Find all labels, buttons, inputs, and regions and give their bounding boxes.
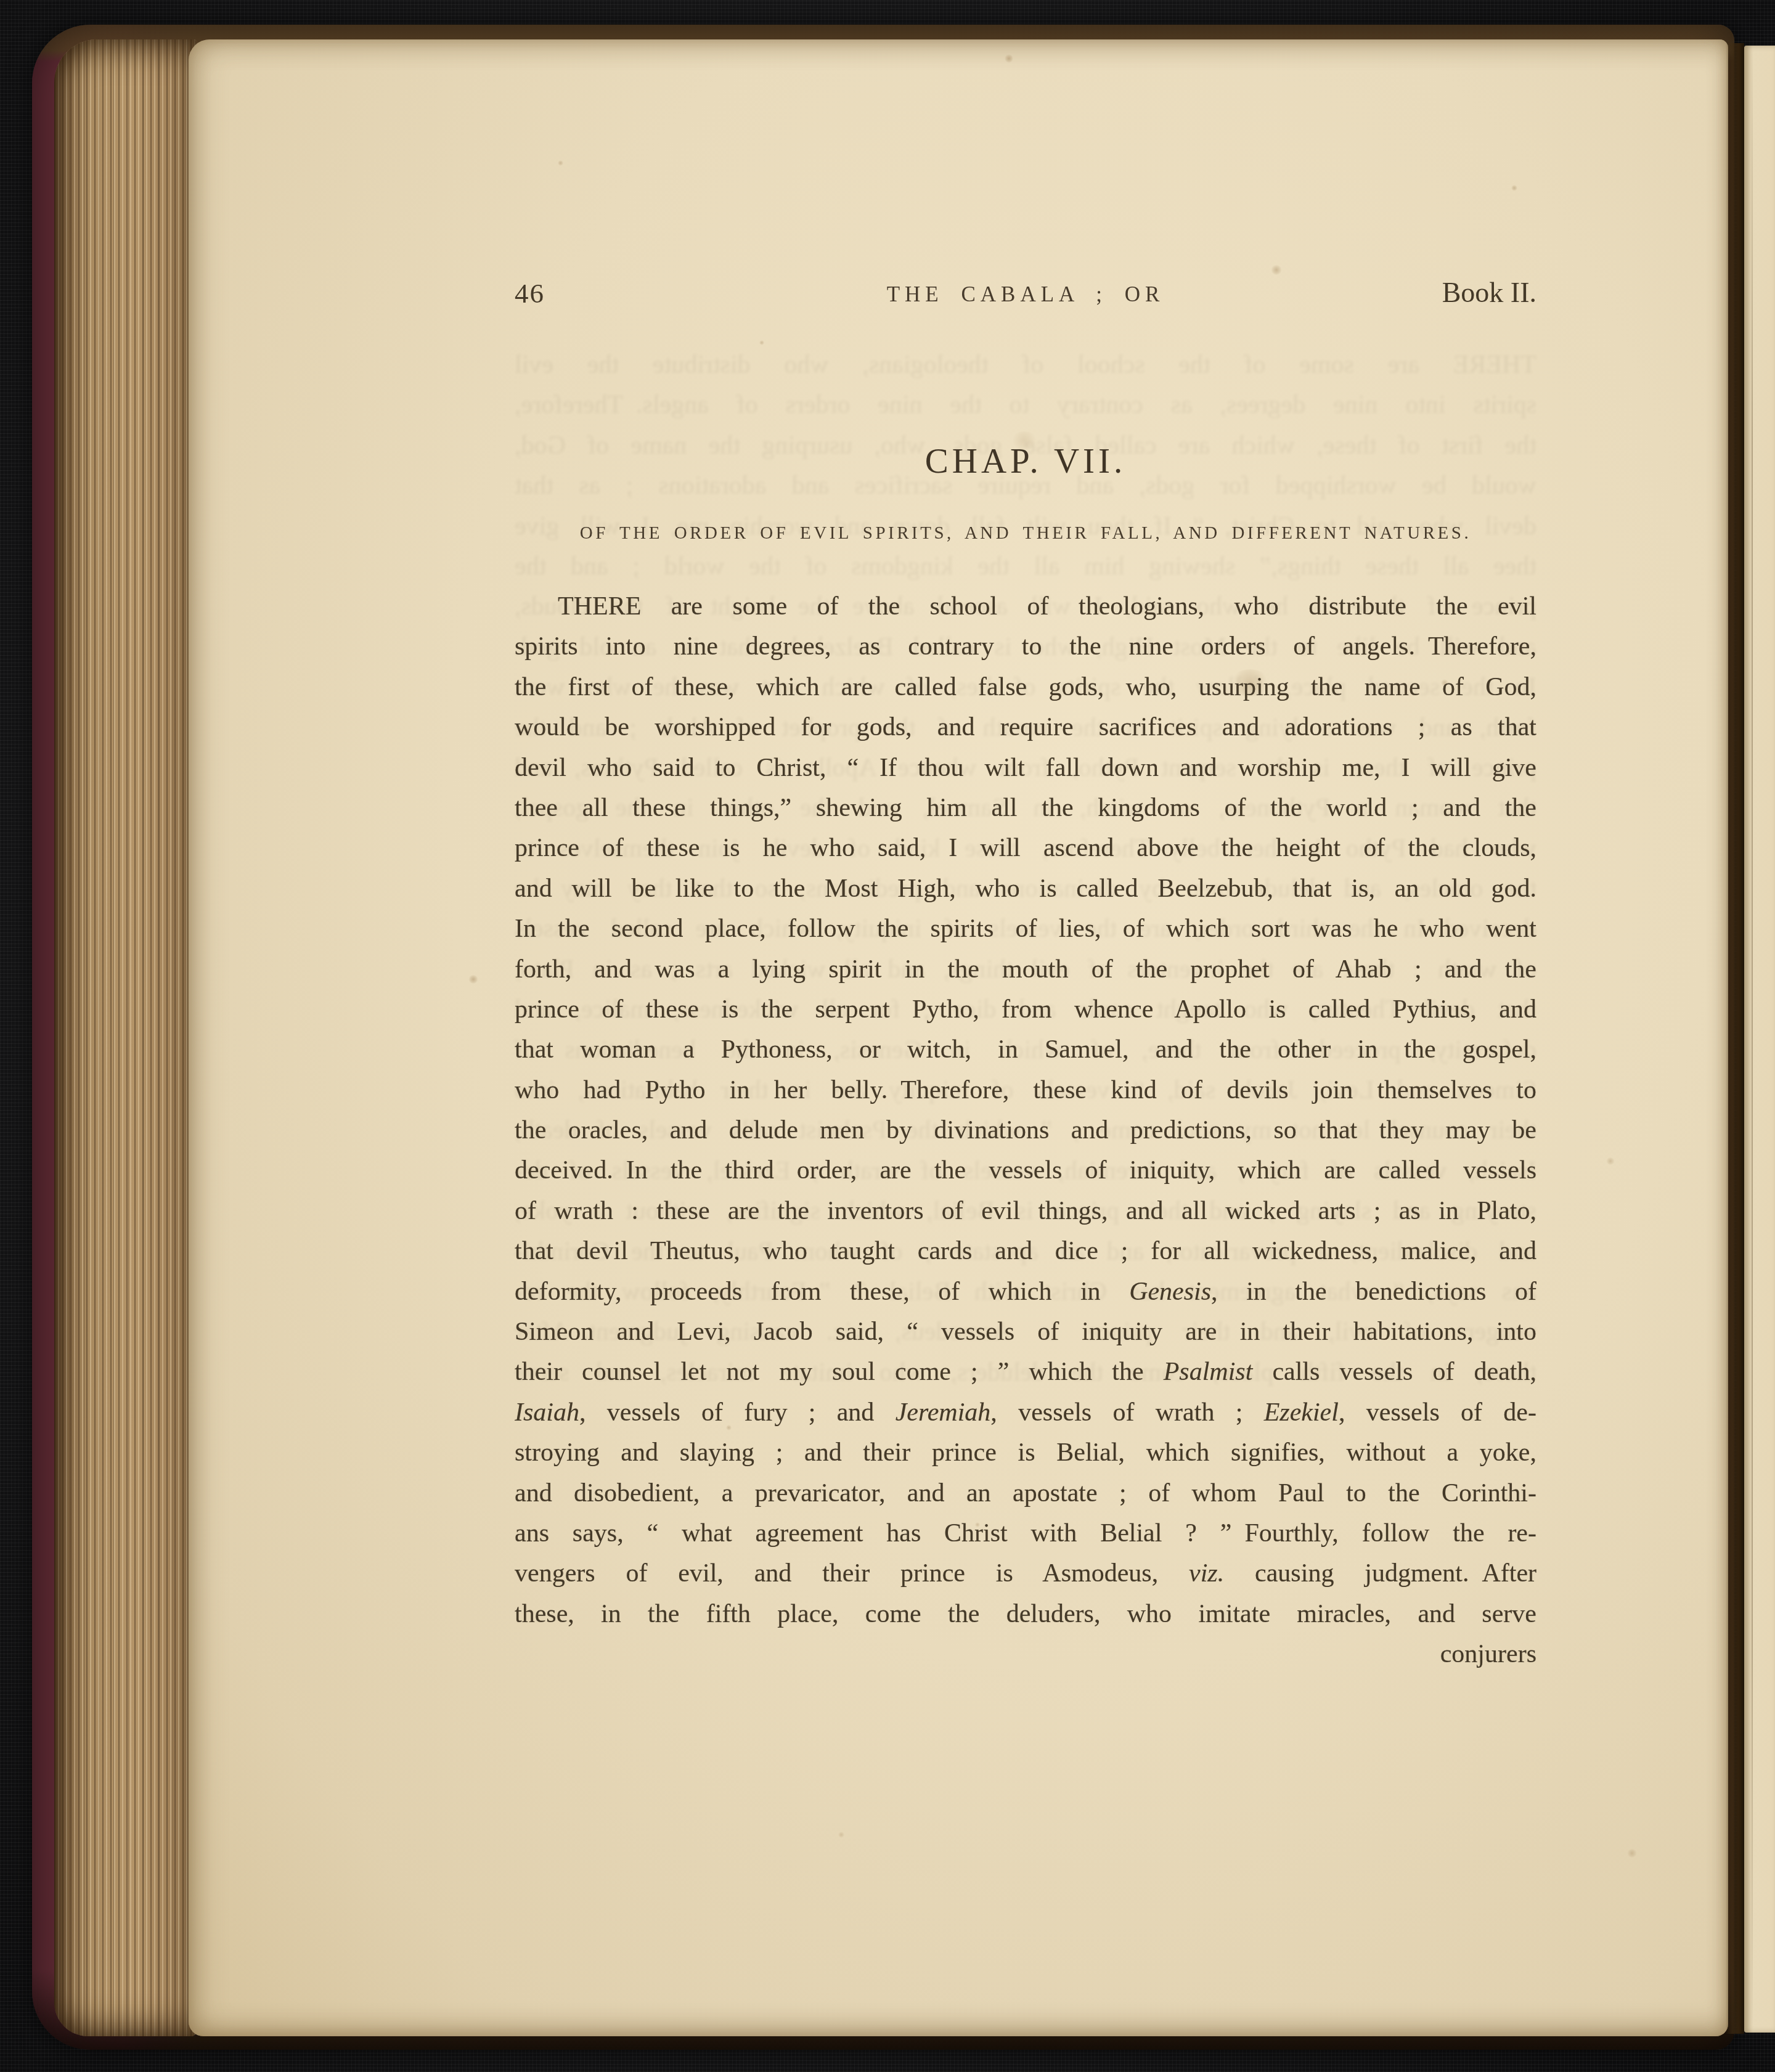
text-line: and disobedient, a prevaricator, and an … [515, 1474, 1536, 1514]
text-line: THERE are some of the school of theologi… [515, 587, 1536, 627]
text-line: ans says, “ what agreement has Christ wi… [515, 1514, 1536, 1554]
text-line: thee all these things,” shewing him all … [515, 788, 1536, 828]
page-header: 46 THE CABALA ; OR Book II. [515, 276, 1536, 312]
text-line: spirits into nine degrees, as contrary t… [515, 627, 1536, 667]
text-line: that woman a Pythoness, or witch, in Sam… [515, 1030, 1536, 1070]
text-line: Simeon and Levi, Jacob said, “ vessels o… [515, 1312, 1536, 1352]
text-line: devil who said to Christ, “ If thou wilt… [515, 748, 1536, 788]
text-line: forth, and was a lying spirit in the mou… [515, 950, 1536, 990]
text-line: vengers of evil, and their prince is Asm… [515, 1554, 1536, 1594]
text-line: and will be like to the Most High, who i… [515, 869, 1536, 909]
text-line: of wrath : these are the inventors of ev… [515, 1191, 1536, 1231]
text-line: who had Pytho in her belly. Therefore, t… [515, 1071, 1536, 1111]
text-line: the oracles, and delude men by divinatio… [515, 1111, 1536, 1151]
text-line: the first of these, which are called fal… [515, 667, 1536, 708]
text-line: Isaiah, vessels of fury ; and Jeremiah, … [515, 1393, 1536, 1433]
catchword: conjurers [515, 1634, 1536, 1674]
text-line: stroying and slaying ; and their prince … [515, 1433, 1536, 1473]
scene: THERE are some of the school of theologi… [0, 0, 1775, 2072]
text-line: their counsel let not my soul come ; ” w… [515, 1352, 1536, 1392]
running-title: THE CABALA ; OR [887, 282, 1165, 307]
page-number: 46 [515, 277, 545, 309]
text-line: these, in the fifth place, come the delu… [515, 1594, 1536, 1634]
text-line: prince of these is he who said, I will a… [515, 828, 1536, 868]
text-line: would be worshipped for gods, and requir… [515, 708, 1536, 748]
chapter-subtitle: OF THE ORDER OF EVIL SPIRITS, AND THEIR … [515, 523, 1536, 544]
text-line: deceived. In the third order, are the ve… [515, 1151, 1536, 1191]
book-photograph: { "page": { "number": "46", "running_tit… [0, 0, 1775, 2072]
text-line: prince of these is the serpent Pytho, fr… [515, 990, 1536, 1030]
book-label: Book II. [1442, 276, 1536, 309]
text-line: deformity, proceeds from these, of which… [515, 1272, 1536, 1312]
chapter-heading: CHAP. VII. [515, 441, 1536, 481]
body-text: THERE are some of the school of theologi… [515, 587, 1536, 1634]
text-line: that devil Theutus, who taught cards and… [515, 1231, 1536, 1271]
page-content: 46 THE CABALA ; OR Book II. CHAP. VII. O… [0, 0, 1775, 2072]
text-line: In the second place, follow the spirits … [515, 909, 1536, 949]
